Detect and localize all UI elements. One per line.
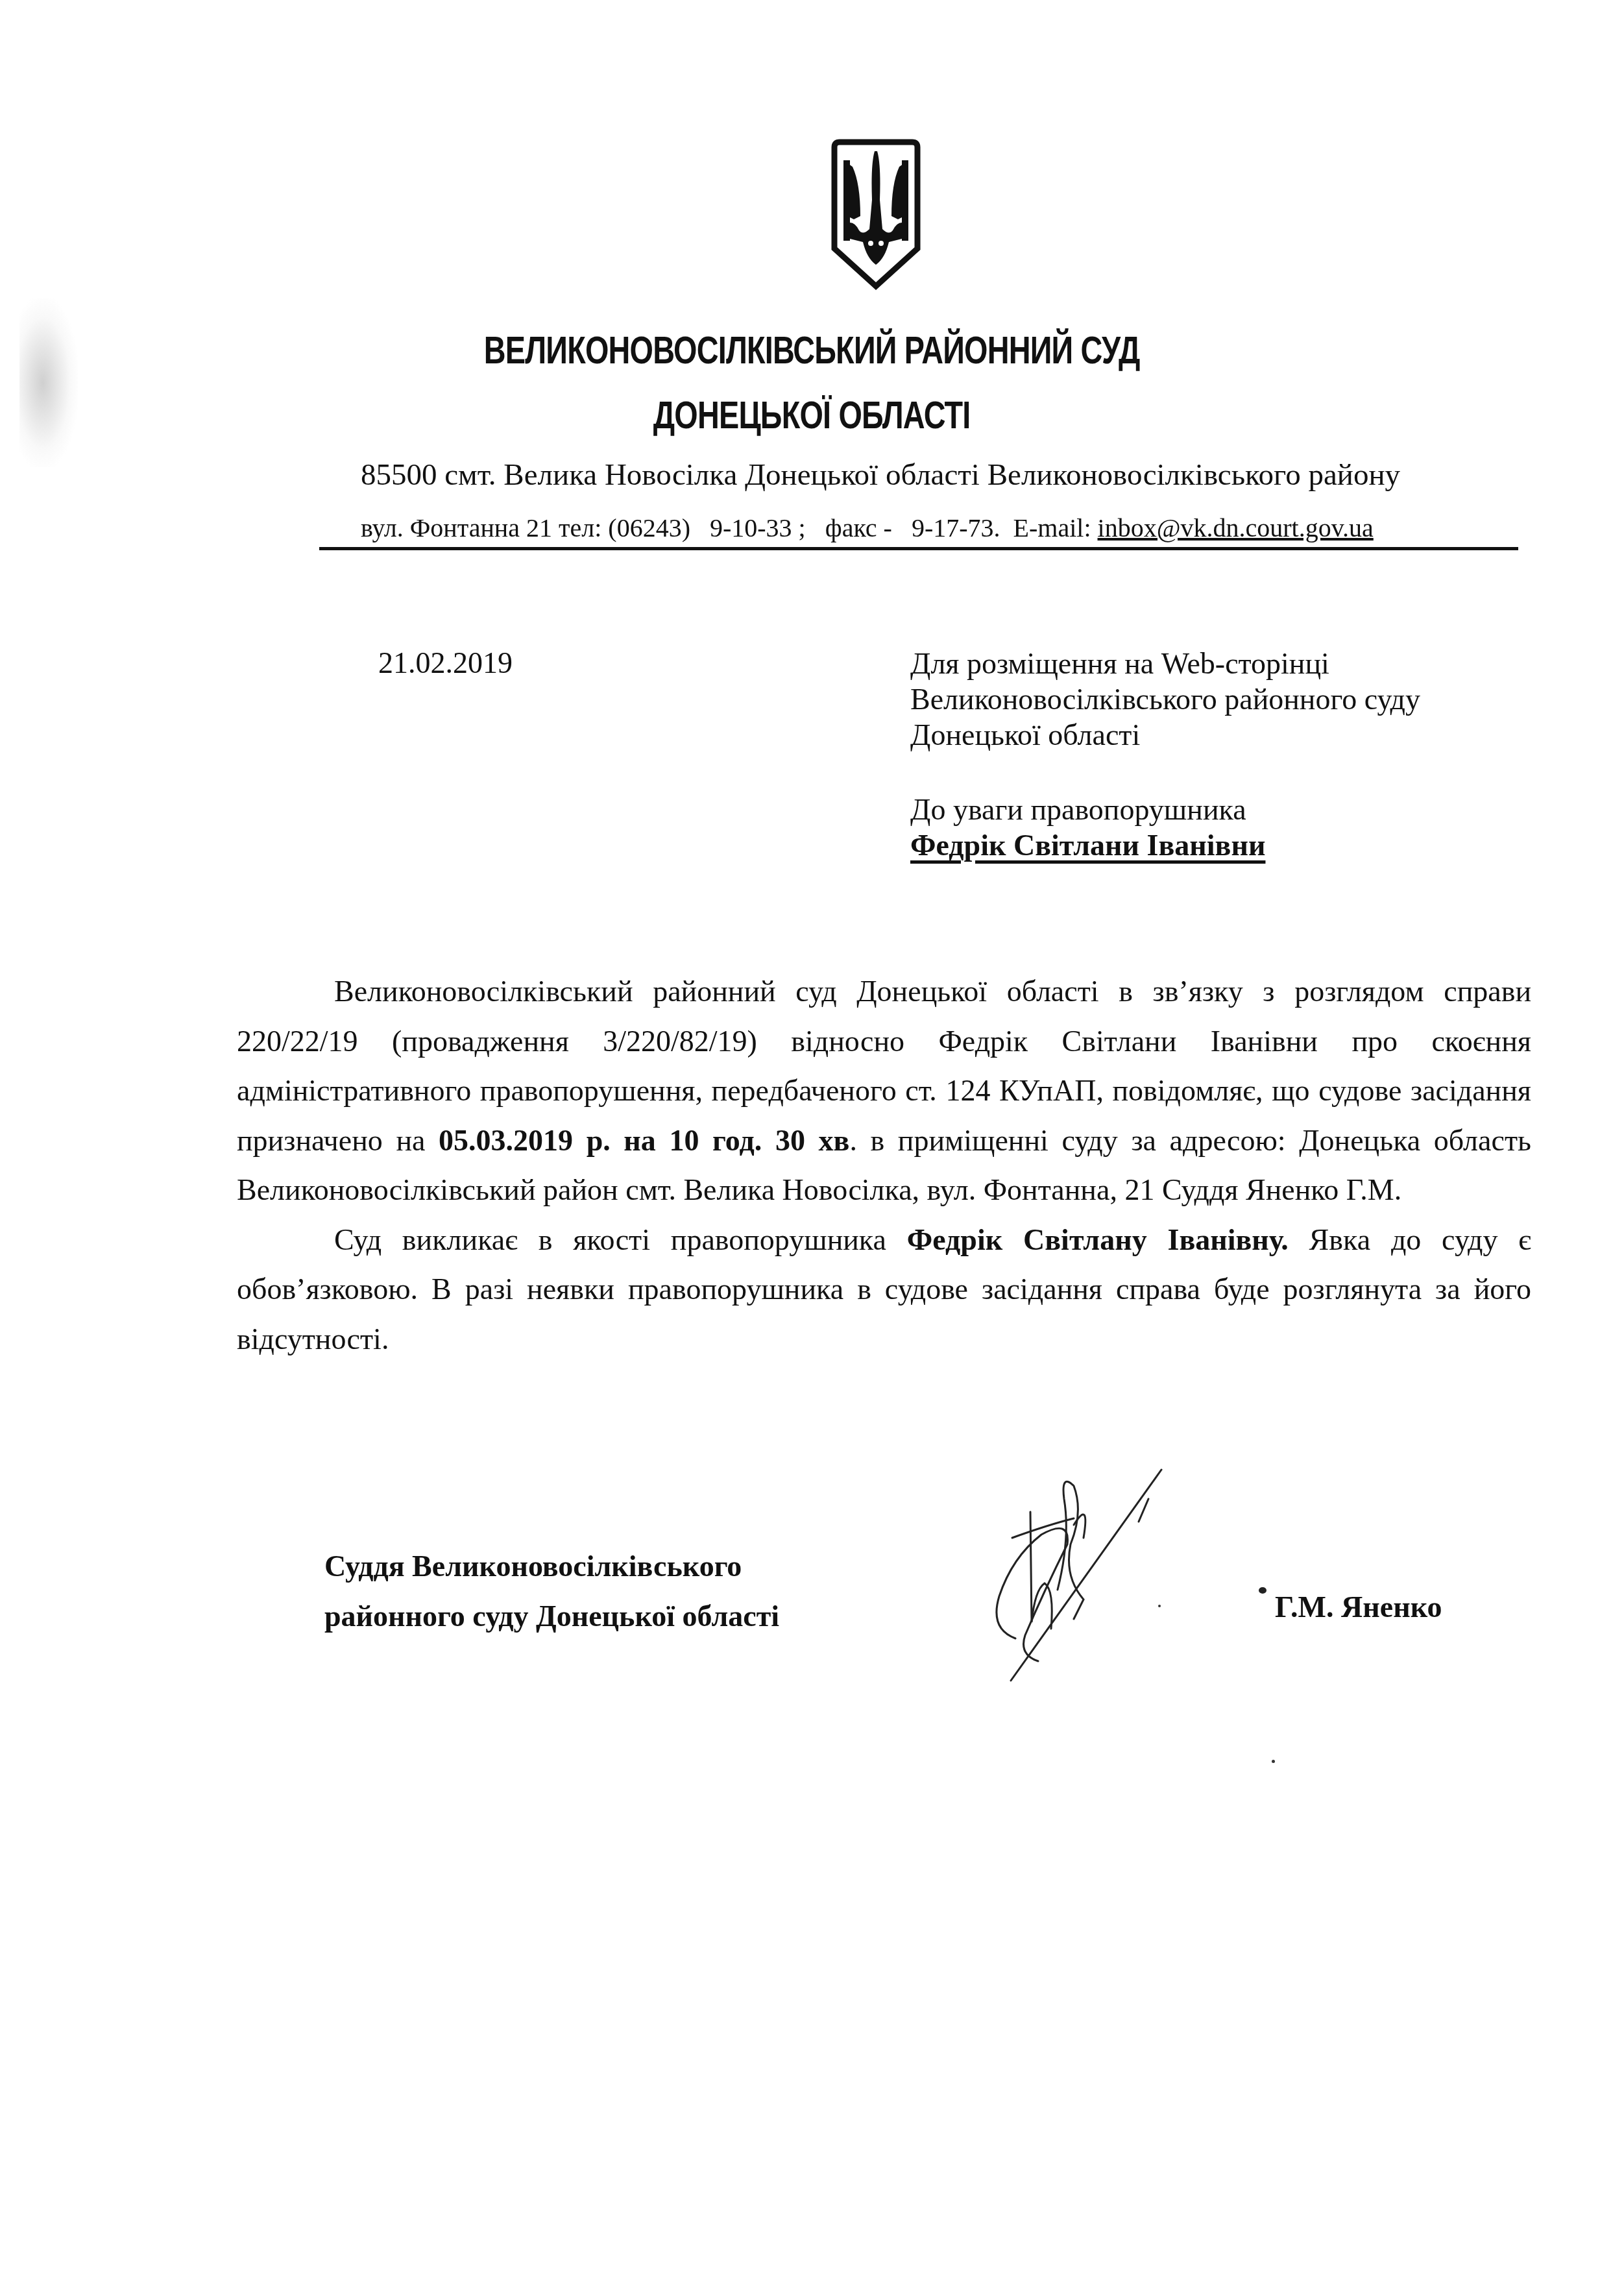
signatory-title-line1: Суддя Великоновосілківського [324,1541,779,1591]
court-contacts: вул. Фонтанна 21 тел: (06243) 9-10-33 ; … [361,513,1374,543]
email-link[interactable]: inbox@vk.dn.court.gov.ua [1098,513,1374,542]
attention-label: До уваги правопорушника [910,792,1265,827]
recipient-line: Донецької області [910,717,1420,753]
recipient-line: Великоновосілківського районного суду [910,681,1420,717]
scan-artifact [19,298,78,467]
court-name-line2: ДОНЕЦЬКОЇ ОБЛАСТІ [178,393,1445,437]
recipient-block: Для розміщення на Web-сторінці Великонов… [910,646,1420,753]
p2-text: Суд викликає в якості правопорушника [334,1223,907,1256]
handwritten-signature-icon [934,1460,1220,1713]
scan-speck [1158,1605,1161,1607]
scan-speck [1272,1760,1275,1763]
signatory-title-line2: районного суду Донецької області [324,1591,779,1641]
court-name-line1: ВЕЛИКОНОВОСІЛКІВСЬКИЙ РАЙОННИЙ СУД [178,328,1445,372]
header-divider [319,547,1518,550]
document-date: 21.02.2019 [378,646,513,680]
trident-emblem-icon [830,138,921,291]
paragraph-1: Великоновосілківський районний суд Донец… [237,967,1531,1215]
judge-name: Г.М. Яненко [1275,1590,1442,1624]
recipient-line: Для розміщення на Web-сторінці [910,646,1420,681]
ink-dot [1259,1587,1266,1594]
paragraph-2: Суд викликає в якості правопорушника Фед… [237,1215,1531,1365]
summoned-person: Федрік Світлану Іванівну. [907,1223,1289,1256]
attention-block: До уваги правопорушника Федрік Світлани … [910,792,1265,863]
signatory-title: Суддя Великоновосілківського районного с… [324,1541,779,1641]
contacts-text: вул. Фонтанна 21 тел: (06243) 9-10-33 ; … [361,513,1098,542]
offender-name: Федрік Світлани Іванівни [910,829,1265,862]
notice-body: Великоновосілківський районний суд Донец… [237,967,1531,1364]
court-address: 85500 смт. Велика Новосілка Донецької об… [361,457,1400,492]
hearing-datetime: 05.03.2019 р. на 10 год. 30 хв [439,1124,849,1157]
